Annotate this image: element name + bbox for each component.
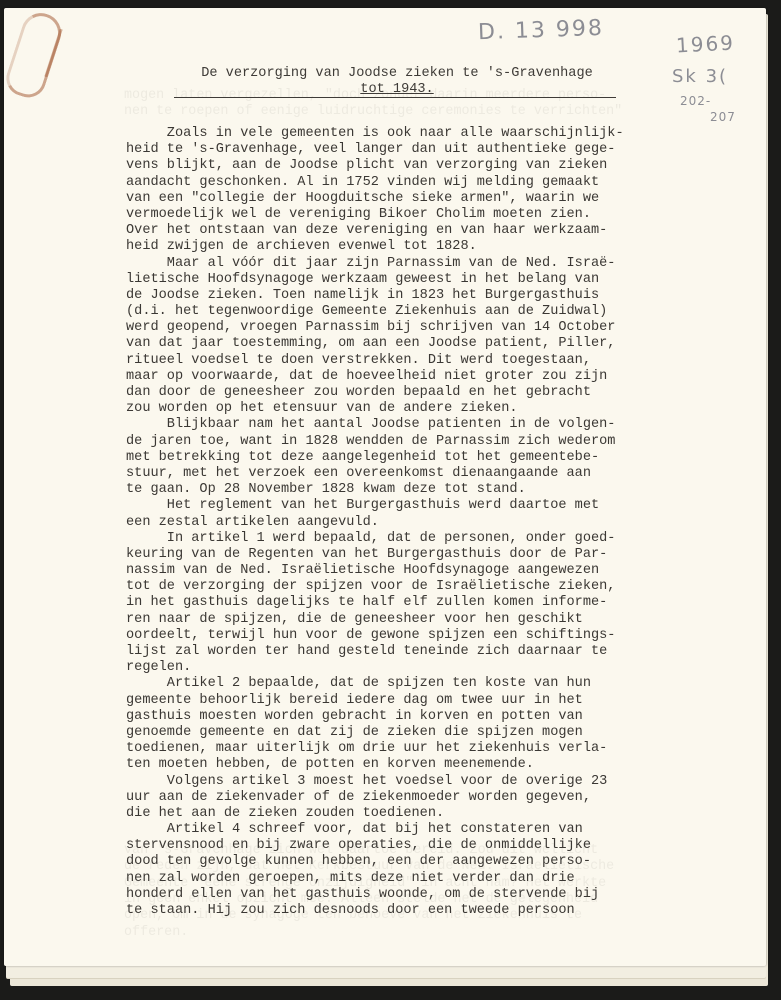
- text-line: gemeente behoorlijk bereid iedere dag om…: [126, 693, 686, 709]
- text-line: zou worden op het etensuur van de andere…: [126, 401, 686, 417]
- text-line: stuur, met het verzoek een overeenkomst …: [126, 466, 686, 482]
- text-line: aandacht geschonken. Al in 1752 vinden w…: [126, 175, 686, 191]
- text-line: Over het ontstaan van deze vereniging en…: [126, 223, 686, 239]
- text-line: Blijkbaar nam het aantal Joodse patiente…: [126, 417, 686, 433]
- text-line: Maar al vóór dit jaar zijn Parnassim van…: [126, 256, 686, 272]
- text-line: maar op voorwaarde, dat de hoeveelheid n…: [126, 369, 686, 385]
- year-annotation: 1969: [675, 30, 735, 57]
- text-line: te staan. Hij zou zich desnoods door een…: [126, 903, 686, 919]
- text-line: Zoals in vele gemeenten is ook naar alle…: [126, 126, 686, 142]
- text-line: stervensnood en bij zware operaties, die…: [126, 838, 686, 854]
- text-line: keuring van de Regenten van het Burgerga…: [126, 547, 686, 563]
- text-line: in het gasthuis dagelijks te half elf zu…: [126, 595, 686, 611]
- text-line: met betrekking tot deze aangelegenheid t…: [126, 450, 686, 466]
- text-line: oordeelt, terwijl hun voor de gewone spi…: [126, 628, 686, 644]
- text-line: de Joodse zieken. Toen namelijk in 1823 …: [126, 288, 686, 304]
- text-line: In artikel 1 werd bepaald, dat de person…: [126, 531, 686, 547]
- text-line: heid zwijgen de archieven evenwel tot 18…: [126, 239, 686, 255]
- title-line-2: tot 1943.: [360, 82, 433, 98]
- text-line: ren naar de spijzen, die de geneesheer v…: [126, 612, 686, 628]
- text-line: lietische Hoofdsynagoge werkzaam geweest…: [126, 272, 686, 288]
- text-line: lijst zal worden ter hand gesteld tenein…: [126, 644, 686, 660]
- catalog-number-annotation: D. 13 998: [478, 16, 605, 45]
- reference-annotation: Sk 3(: [672, 66, 728, 87]
- document-body: Zoals in vele gemeenten is ook naar alle…: [126, 126, 686, 919]
- text-line: honderd ellen van het gasthuis woonde, o…: [126, 887, 686, 903]
- text-line: vens blijkt, aan de Joodse plicht van ve…: [126, 158, 686, 174]
- text-line: een zestal artikelen aangevuld.: [126, 515, 686, 531]
- title-line-1: De verzorging van Joodse zieken te 's-Gr…: [164, 66, 630, 82]
- text-line: uur aan de ziekenvader of de ziekenmoede…: [126, 790, 686, 806]
- text-line: regelen.: [126, 660, 686, 676]
- text-line: werd geopend, vroegen Parnassim bij schr…: [126, 320, 686, 336]
- page-range-end-annotation: 207: [710, 110, 736, 124]
- text-line: Artikel 4 schreef voor, dat bij het cons…: [126, 822, 686, 838]
- text-line: Het reglement van het Burgergasthuis wer…: [126, 498, 686, 514]
- paperclip-rust-stain: [2, 8, 67, 102]
- text-line: nassim van de Ned. Israëlietische Hoofds…: [126, 563, 686, 579]
- text-line: ritueel voedsel te doen verstrekken. Dit…: [126, 353, 686, 369]
- bleed-through-line: nen te roepen of eenige luidruchtige cer…: [124, 104, 764, 120]
- text-line: tot de verzorging der spijzen voor de Is…: [126, 579, 686, 595]
- text-line: van dat jaar toestemming, om aan een Joo…: [126, 336, 686, 352]
- text-line: dood ten gevolge kunnen hebben, een der …: [126, 854, 686, 870]
- text-line: te gaan. Op 28 November 1828 kwam deze t…: [126, 482, 686, 498]
- text-line: van een "collegie der Hoogduitsche sieke…: [126, 191, 686, 207]
- text-line: Volgens artikel 3 moest het voedsel voor…: [126, 774, 686, 790]
- page-range-start-annotation: 202-: [680, 94, 711, 108]
- text-line: heid te 's-Gravenhage, veel langer dan u…: [126, 142, 686, 158]
- text-line: dan door de geneesheer zou worden bepaal…: [126, 385, 686, 401]
- document-title: De verzorging van Joodse zieken te 's-Gr…: [164, 66, 630, 98]
- bleed-through-line: offeren.: [124, 925, 764, 941]
- text-line: (d.i. het tegenwoordige Gemeente Ziekenh…: [126, 304, 686, 320]
- text-line: genoemde gemeente en dat zij de zieken d…: [126, 725, 686, 741]
- title-underline-rule: [174, 97, 616, 98]
- document-page: mogen laten vergezellen, "doch zonder da…: [4, 8, 766, 966]
- text-line: ten moeten hebben, de potten en korven m…: [126, 757, 686, 773]
- text-line: gasthuis moesten worden gebracht in korv…: [126, 709, 686, 725]
- text-line: die het aan de zieken zouden toedienen.: [126, 806, 686, 822]
- text-line: nen zal worden geroepen, mits deze niet …: [126, 871, 686, 887]
- text-line: vermoedelijk wel de vereniging Bikoer Ch…: [126, 207, 686, 223]
- text-line: Artikel 2 bepaalde, dat de spijzen ten k…: [126, 676, 686, 692]
- text-line: toedienen, maar uiterlijk om drie uur he…: [126, 741, 686, 757]
- text-line: de jaren toe, want in 1828 wendden de Pa…: [126, 434, 686, 450]
